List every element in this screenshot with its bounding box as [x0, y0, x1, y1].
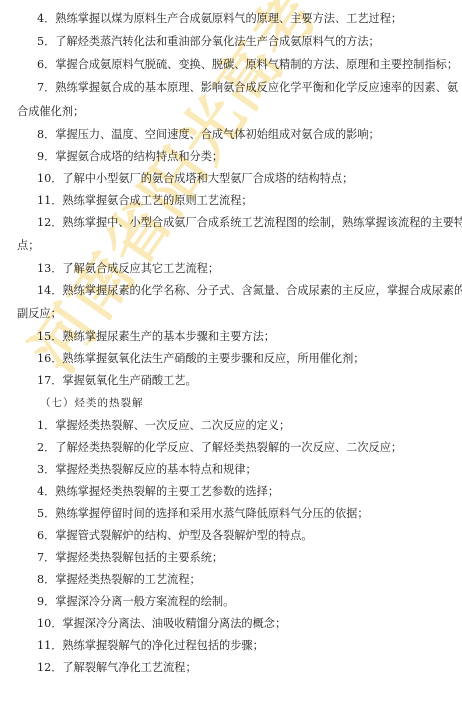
- list-item: 17．掌握氨氧化生产硝酸工艺。: [37, 374, 197, 388]
- list-item: 8．掌握压力、温度、空间速度、合成气体初始组成对氨合成的影响；: [37, 128, 380, 142]
- list-item: 15．熟练掌握尿素生产的基本步骤和主要方法；: [37, 330, 275, 344]
- list-item: 7．掌握烃类热裂解包括的主要系统；: [37, 551, 223, 565]
- list-item: 合成催化剂；: [17, 105, 84, 119]
- list-item: 13．了解氨合成反应其它工艺流程；: [37, 262, 219, 276]
- list-item: 4．熟练掌握以煤为原料生产合成氨原料气的原理、主要方法、工艺过程；: [37, 12, 402, 26]
- list-item: 6．掌握合成氨原料气脱硫、变换、脱碳、原料气精制的方法、原理和主要控制指标；: [37, 58, 458, 72]
- document-page: 河南省阳光高考 4．熟练掌握以煤为原料生产合成氨原料气的原理、主要方法、工艺过程…: [0, 0, 462, 701]
- list-item: 7．熟练掌握氨合成的基本原理、影响氨合成反应化学平衡和化学反应速率的因素、氨: [37, 81, 458, 95]
- list-item: 2．了解烃类热裂解的化学反应、了解烃类热裂解的一次反应、二次反应；: [37, 441, 402, 455]
- list-item: 8．掌握烃类热裂解的工艺流程；: [37, 573, 201, 587]
- list-item: 12．熟练掌握中、小型合成氨厂合成系统工艺流程图的绘制，熟练掌握该流程的主要特: [37, 216, 462, 230]
- list-item: 9．掌握深冷分离一般方案流程的绘制。: [37, 595, 234, 609]
- section-heading: （七）烃类的热裂解: [40, 396, 144, 410]
- list-item: 12．了解裂解气净化工艺流程；: [37, 661, 197, 675]
- list-item: 9．掌握氨合成塔的结构特点和分类；: [37, 150, 223, 164]
- list-item: 11．熟练掌握裂解气的净化过程包括的步骤；: [37, 639, 264, 653]
- list-item: 16．熟练掌握氨氧化法生产硝酸的主要步骤和反应，所用催化剂；: [37, 352, 365, 366]
- list-item: 3．掌握烃类热裂解反应的基本特点和规律；: [37, 463, 257, 477]
- list-item: 11．熟练掌握氨合成工艺的原则工艺流程；: [37, 194, 253, 208]
- list-item: 5．熟练掌握停留时间的选择和采用水蒸气降低原料气分压的依据；: [37, 507, 369, 521]
- list-item: 14．熟练掌握尿素的化学名称、分子式、含氮量、合成尿素的主反应，掌握合成尿素的: [37, 284, 462, 298]
- list-item: 1．掌握烃类热裂解、一次反应、二次反应的定义；: [37, 419, 290, 433]
- list-item: 副反应；: [17, 307, 62, 321]
- list-item: 10．掌握深冷分离法、油吸收精馏分离法的概念；: [37, 617, 286, 631]
- list-item: 10．了解中小型氨厂的氨合成塔和大型氨厂合成塔的结构特点；: [37, 172, 353, 186]
- list-item: 点；: [17, 239, 39, 253]
- list-item: 4．熟练掌握烃类热裂解的主要工艺参数的选择；: [37, 485, 279, 499]
- list-item: 6．掌握管式裂解炉的结构、炉型及各裂解炉型的特点。: [37, 529, 313, 543]
- list-item: 5．了解烃类蒸汽转化法和重油部分氧化法生产合成氨原料气的方法；: [37, 35, 380, 49]
